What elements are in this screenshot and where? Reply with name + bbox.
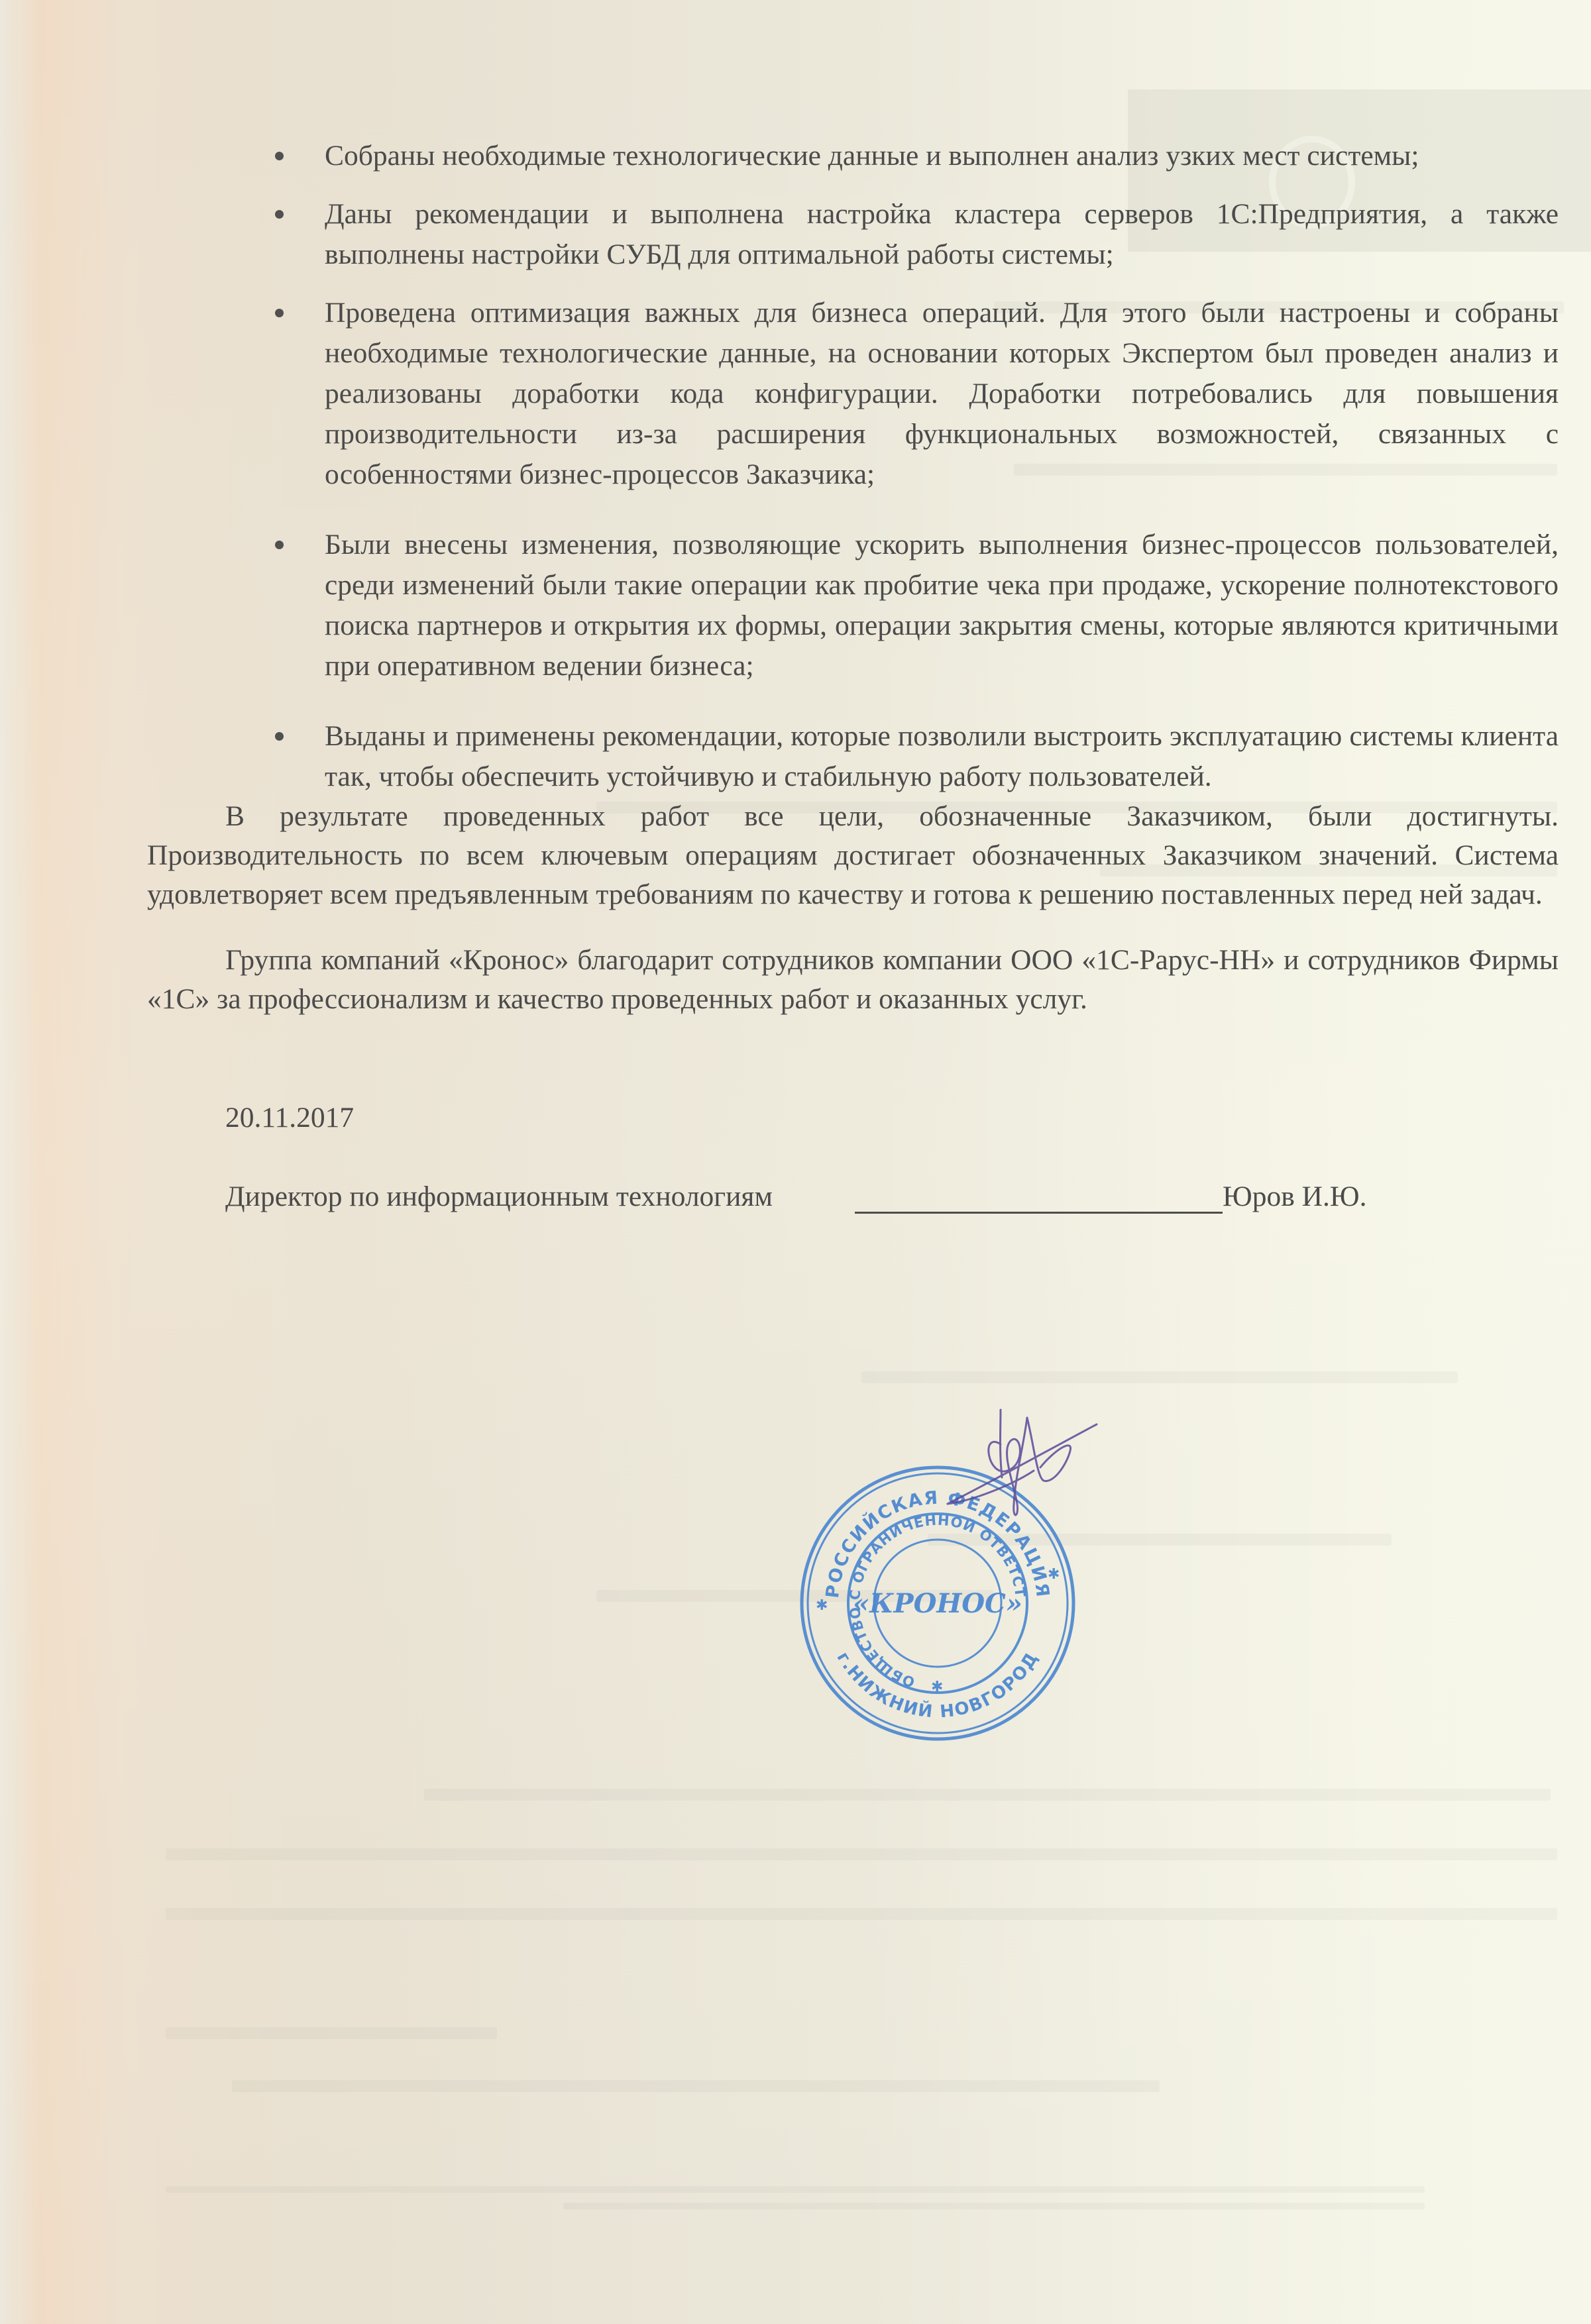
list-item: Были внесены изменения, позволяющие уско…: [147, 525, 1559, 686]
bullet-icon: [275, 541, 284, 549]
list-item-text: Были внесены изменения, позволяющие уско…: [325, 529, 1559, 682]
conclusion-paragraph: В результате проведенных работ все цели,…: [147, 797, 1559, 914]
gratitude-paragraph: Группа компаний «Кронос» благодарит сотр…: [147, 941, 1559, 1019]
handwritten-signature: [901, 1404, 1100, 1530]
list-item-text: Собраны необходимые технологические данн…: [325, 140, 1419, 172]
list-item-text: Выданы и применены рекомендации, которые…: [325, 720, 1559, 792]
stamp-center-text: «КРОНОС»: [853, 1588, 1022, 1619]
list-item: Выданы и применены рекомендации, которые…: [147, 716, 1559, 797]
results-list: Собраны необходимые технологические данн…: [147, 136, 1559, 797]
document-date: 20.11.2017: [147, 1098, 1559, 1137]
bleed-through-text: [232, 2080, 1160, 2092]
list-item: Проведена оптимизация важных для бизнеса…: [147, 293, 1559, 495]
bleed-through-text: [563, 2203, 1425, 2209]
bullet-icon: [275, 309, 284, 317]
stamp-star-icon: ✱: [931, 1679, 943, 1695]
letter-body: Собраны необходимые технологические данн…: [147, 136, 1559, 1224]
signature-line: [855, 1212, 1223, 1214]
bleed-through-text: [861, 1371, 1458, 1383]
signatory-position: Директор по информационным технологиям: [225, 1181, 773, 1212]
signatory-name: Юров И.Ю.: [1223, 1177, 1367, 1216]
signature-block: Директор по информационным технологиям Ю…: [147, 1177, 1559, 1224]
bleed-through-text: [424, 1789, 1551, 1801]
stamp-star-icon: ✱: [816, 1597, 828, 1614]
list-item: Даны рекомендации и выполнена настройка …: [147, 194, 1559, 275]
list-item-text: Даны рекомендации и выполнена настройка …: [325, 198, 1559, 270]
stamp-star-icon: ✱: [1048, 1566, 1060, 1583]
bullet-icon: [275, 152, 284, 160]
list-item: Собраны необходимые технологические данн…: [147, 136, 1559, 176]
list-item-text: Проведена оптимизация важных для бизнеса…: [325, 297, 1559, 490]
bullet-icon: [275, 210, 284, 219]
bleed-through-text: [166, 2186, 1425, 2193]
bleed-through-text: [166, 1848, 1557, 1860]
bullet-icon: [275, 732, 284, 741]
bleed-through-text: [166, 2027, 497, 2039]
bleed-through-text: [166, 1908, 1557, 1920]
